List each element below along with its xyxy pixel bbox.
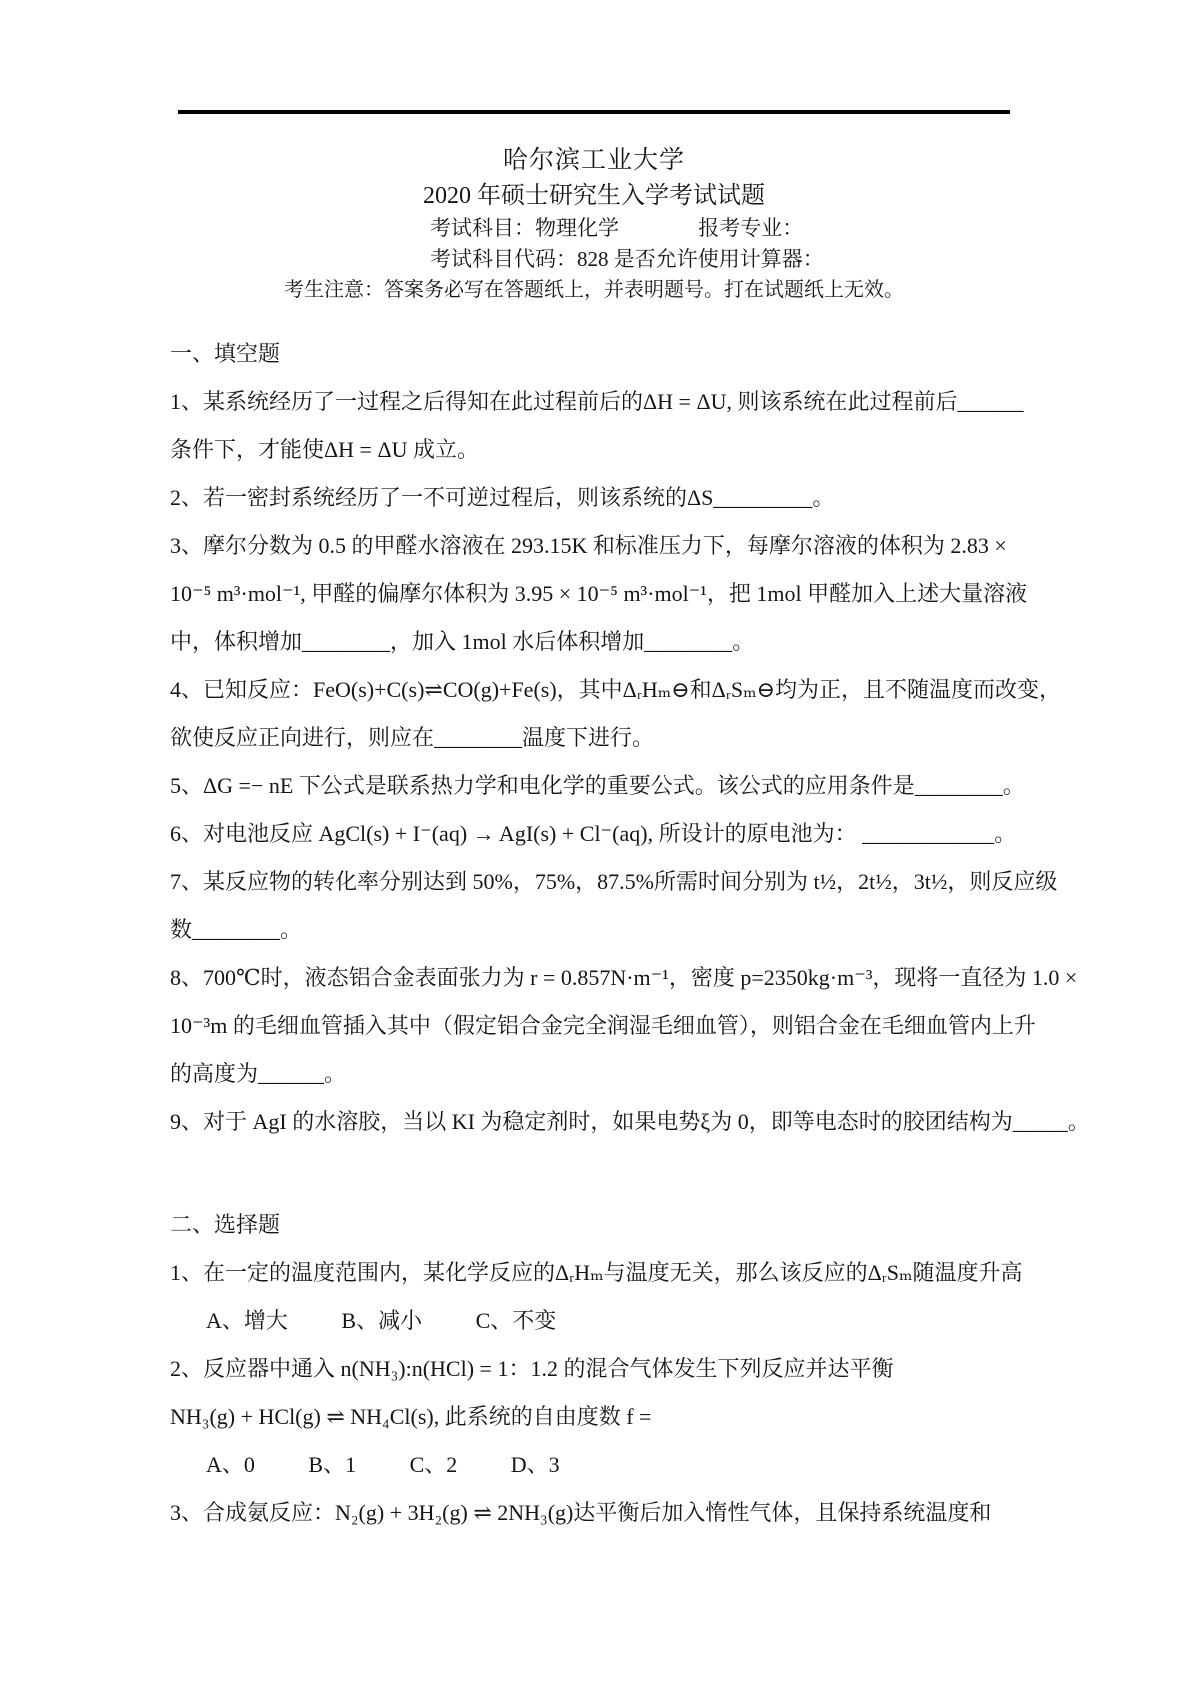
fill-q6-line1: 6、对电池反应 AgCl(s) + I⁻(aq) → AgI(s) + Cl⁻(… <box>170 810 1030 858</box>
fill-q9-line1: 9、对于 AgI 的水溶胶，当以 KI 为稳定剂时，如果电势ξ为 0，即等电态时… <box>170 1098 1030 1146</box>
fill-q5-line1: 5、ΔG =− nE 下公式是联系热力学和电化学的重要公式。该公式的应用条件是_… <box>170 762 1030 810</box>
subject-label: 考试科目：物理化学 <box>430 216 619 240</box>
major-label: 报考专业： <box>698 216 803 240</box>
choice-q2-line1: 2、反应器中通入 n(NH₃):n(HCl) = 1：1.2 的混合气体发生下列… <box>170 1345 1030 1393</box>
fill-q1-line1: 1、某系统经历了一过程之后得知在此过程前后的ΔH = ΔU, 则该系统在此过程前… <box>170 378 1030 426</box>
fill-q8-line2: 10⁻³m 的毛细血管插入其中（假定铝合金完全润湿毛细血管），则铝合金在毛细血管… <box>170 1002 1030 1050</box>
choice-q2-option-c: C、2 <box>410 1452 458 1477</box>
fill-q4-line1: 4、已知反应：FeO(s)+C(s)⇌CO(g)+Fe(s)，其中ΔᵣHₘ⊖和Δ… <box>170 666 1030 714</box>
fill-q7-line1: 7、某反应物的转化率分别达到 50%，75%，87.5%所需时间分别为 t½，2… <box>170 858 1030 906</box>
fill-q1-line2: 条件下，才能使ΔH = ΔU 成立。 <box>170 426 1030 474</box>
fill-q7-line2: 数________。 <box>170 906 1030 954</box>
choice-q1-option-c: C、不变 <box>476 1308 557 1333</box>
choice-q2-option-b: B、1 <box>308 1452 356 1477</box>
notice-line: 考生注意：答案务必写在答题纸上，并表明题号。打在试题纸上无效。 <box>170 273 1018 302</box>
fill-q3-line1: 3、摩尔分数为 0.5 的甲醛水溶液在 293.15K 和标准压力下，每摩尔溶液… <box>170 522 1030 570</box>
university-name: 哈尔滨工业大学 <box>170 140 1018 176</box>
section-fill-title: 一、填空题 <box>170 330 1030 378</box>
fill-q8-line3: 的高度为______。 <box>170 1050 1030 1098</box>
choice-q1-option-b: B、减小 <box>341 1308 422 1333</box>
section-choice-title: 二、选择题 <box>170 1201 1030 1249</box>
exam-paper-page: 哈尔滨工业大学 2020 年硕士研究生入学考试试题 考试科目：物理化学 报考专业… <box>0 0 1190 1683</box>
choice-q2-option-d: D、3 <box>511 1452 560 1477</box>
subject-line: 考试科目：物理化学 报考专业： <box>430 212 803 242</box>
choice-q1-options: A、增大 B、减小 C、不变 <box>170 1297 1030 1345</box>
exam-title: 2020 年硕士研究生入学考试试题 <box>170 175 1018 210</box>
choice-q1-line1: 1、在一定的温度范围内，某化学反应的ΔᵣHₘ与温度无关，那么该反应的ΔᵣSₘ随温… <box>170 1249 1030 1297</box>
fill-q3-line3: 中，体积增加________，加入 1mol 水后体积增加________。 <box>170 618 1030 666</box>
fill-q4-line2: 欲使反应正向进行，则应在________温度下进行。 <box>170 714 1030 762</box>
choice-q1-option-a: A、增大 <box>206 1308 288 1333</box>
choice-q2-option-a: A、0 <box>206 1452 255 1477</box>
fill-q2-line1: 2、若一密封系统经历了一不可逆过程后，则该系统的ΔS_________。 <box>170 474 1030 522</box>
header-rule <box>178 110 1010 114</box>
exam-body: 一、填空题 1、某系统经历了一过程之后得知在此过程前后的ΔH = ΔU, 则该系… <box>170 330 1030 1537</box>
choice-q2-options: A、0 B、1 C、2 D、3 <box>170 1441 1030 1489</box>
choice-q3-line1: 3、合成氨反应：N₂(g) + 3H₂(g) ⇌ 2NH₃(g)达平衡后加入惰性… <box>170 1489 1030 1537</box>
code-calculator-line: 考试科目代码：828 是否允许使用计算器： <box>430 243 824 273</box>
choice-q2-line2: NH₃(g) + HCl(g) ⇌ NH₄Cl(s), 此系统的自由度数 f = <box>170 1393 1030 1441</box>
fill-q8-line1: 8、700℃时，液态铝合金表面张力为 r = 0.857N·m⁻¹，密度 p=2… <box>170 954 1030 1002</box>
fill-q3-line2: 10⁻⁵ m³·mol⁻¹, 甲醛的偏摩尔体积为 3.95 × 10⁻⁵ m³·… <box>170 570 1030 618</box>
